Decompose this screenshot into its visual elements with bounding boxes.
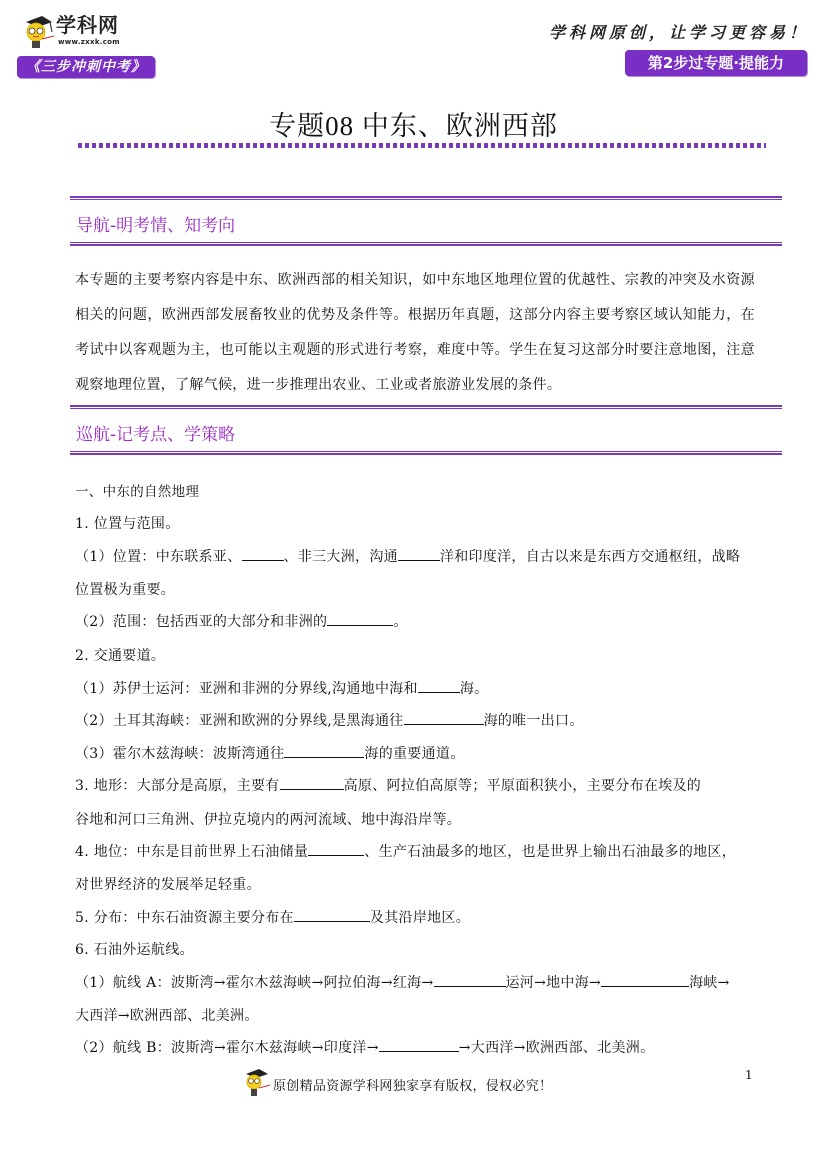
double-rule-bottom — [70, 451, 782, 455]
fill-blank[interactable] — [404, 711, 484, 725]
fill-blank[interactable] — [601, 973, 689, 987]
intro-paragraph: 本专题的主要考察内容是中东、欧洲西部的相关知识，如中东地区地理位置的优越性、宗教… — [75, 263, 755, 403]
list-item: （2）土耳其海峡：亚洲和欧洲的分界线,是黑海通往海的唯一出口。 — [75, 711, 584, 731]
list-item: 大西洋→欧洲西部、北美洲。 — [75, 1006, 259, 1026]
fill-blank[interactable] — [327, 612, 393, 626]
page-title: 专题08 中东、欧洲西部 — [0, 104, 827, 143]
double-rule-bottom — [70, 242, 782, 246]
list-item: 3. 地形：大部分是高原，主要有高原、阿拉伯高原等；平原面积狭小，主要分布在埃及… — [75, 776, 701, 796]
list-item: 6. 石油外运航线。 — [75, 940, 194, 960]
list-item: 5. 分布：中东石油资源主要分布在及其沿岸地区。 — [75, 908, 470, 928]
list-item: （2）范围：包括西亚的大部分和非洲的。 — [75, 612, 408, 632]
fill-blank[interactable] — [434, 973, 506, 987]
list-item: （3）霍尔木兹海峡：波斯湾通往海的重要通道。 — [75, 744, 465, 764]
series-badge: 《三步冲刺中考》 — [17, 56, 155, 78]
mascot-icon — [243, 1068, 271, 1098]
logo-url: www.zxxk.com — [58, 38, 120, 46]
fill-blank[interactable] — [242, 547, 284, 561]
copyright-notice: 原创精品资源学科网独家享有版权，侵权必究！ — [273, 1075, 552, 1094]
list-item: （1）航线 A：波斯湾→霍尔木兹海峡→阿拉伯海→红海→运河→地中海→海峡→ — [75, 973, 730, 993]
section-label: 导航-明考情、知考向 — [70, 200, 782, 242]
list-item: 对世界经济的发展举足轻重。 — [75, 875, 261, 895]
section-label: 巡航-记考点、学策略 — [70, 409, 782, 451]
list-item: 4. 地位：中东是目前世界上石油储量、生产石油最多的地区，也是世界上输出石油最多… — [75, 842, 736, 862]
list-item: （1）苏伊士运河：亚洲和非洲的分界线,沟通地中海和海。 — [75, 679, 488, 699]
list-item: 谷地和河口三角洲、伊拉克境内的两河流域、地中海沿岸等。 — [75, 810, 461, 830]
step-badge: 第2步过专题·提能力 — [625, 50, 807, 76]
section-banner-nav: 导航-明考情、知考向 — [70, 196, 782, 246]
fill-blank[interactable] — [379, 1038, 459, 1052]
page-number: 1 — [745, 1068, 753, 1082]
mascot-icon — [22, 14, 56, 50]
fill-blank[interactable] — [398, 547, 440, 561]
slogan: 学科网原创，让学习更容易！ — [549, 20, 809, 43]
logo-text: 学科网 — [56, 14, 119, 36]
xuekewang-logo: 学科网 www.zxxk.com — [20, 12, 130, 50]
fill-blank[interactable] — [308, 842, 364, 856]
list-item: （1）位置：中东联系亚、、非三大洲，沟通洋和印度洋，自古以来是东西方交通枢纽，战… — [75, 547, 740, 567]
list-item: 位置极为重要。 — [75, 580, 175, 600]
list-item: 1. 位置与范围。 — [75, 514, 180, 534]
fill-blank[interactable] — [418, 679, 460, 693]
title-dotted-rule — [78, 143, 766, 148]
list-item: 2. 交通要道。 — [75, 646, 165, 666]
fill-blank[interactable] — [280, 776, 344, 790]
fill-blank[interactable] — [284, 744, 364, 758]
list-item: （2）航线 B：波斯湾→霍尔木兹海峡→印度洋→→大西洋→欧洲西部、北美洲。 — [75, 1038, 654, 1058]
content-heading: 一、中东的自然地理 — [75, 482, 199, 502]
fill-blank[interactable] — [294, 908, 370, 922]
section-banner-cruise: 巡航-记考点、学策略 — [70, 405, 782, 455]
